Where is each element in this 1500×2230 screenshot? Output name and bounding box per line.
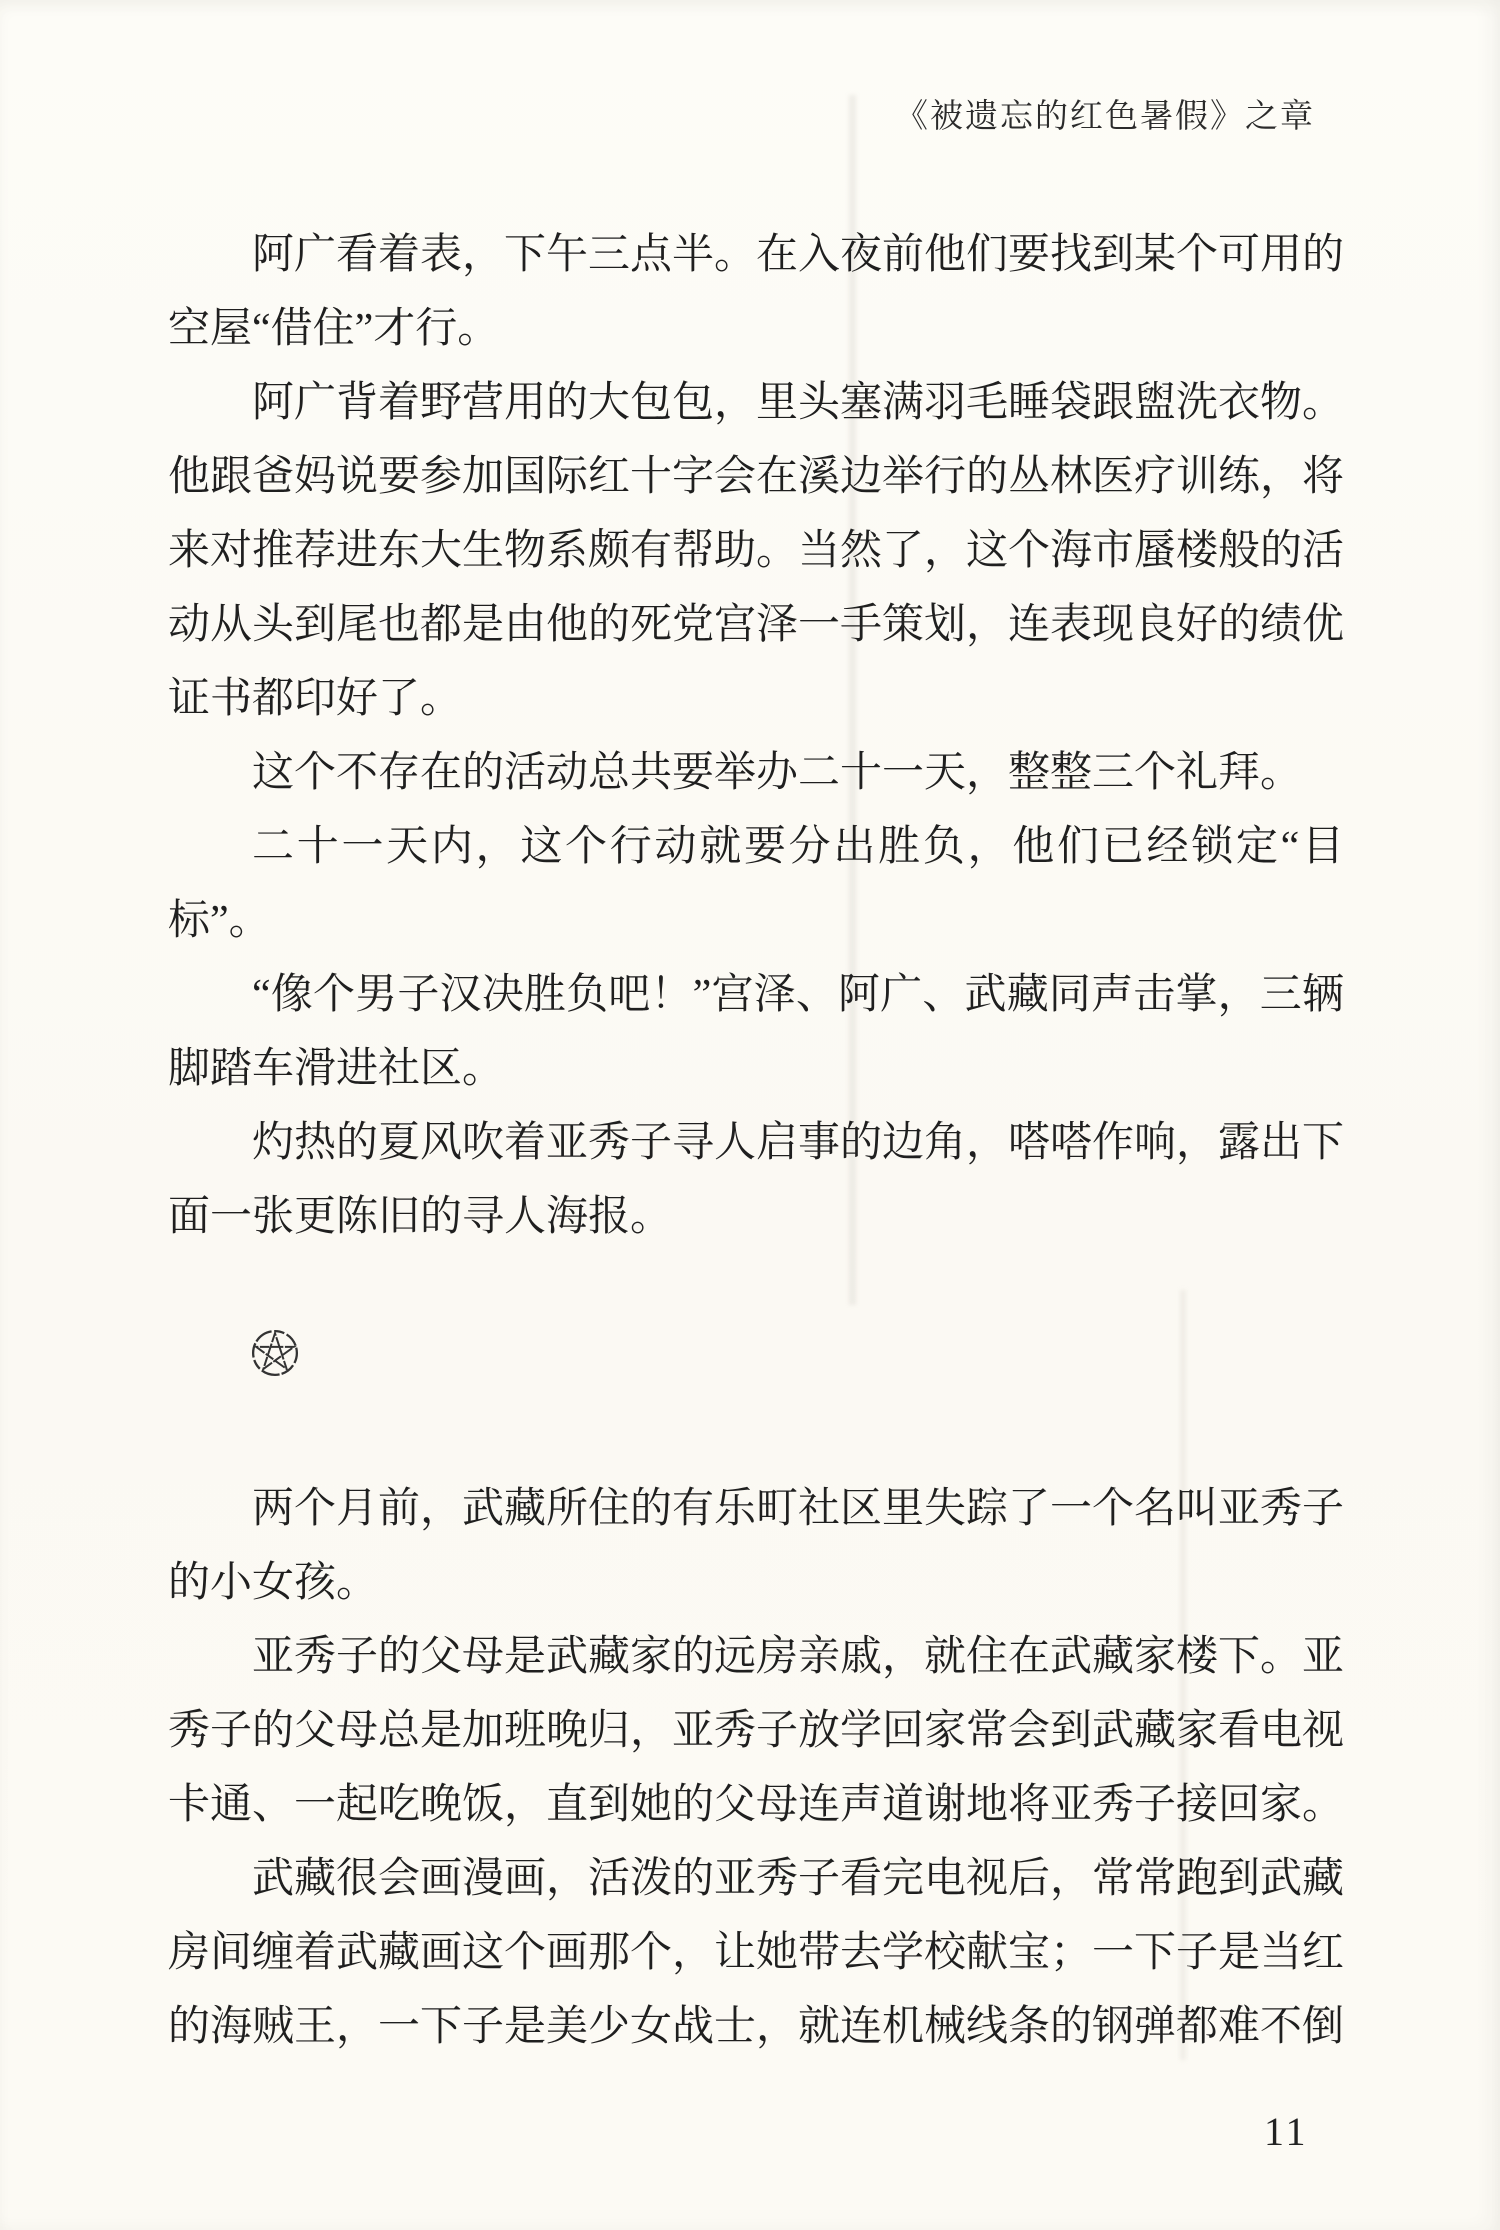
book-page: 《被遗忘的红色暑假》之章 阿广看着表，下午三点半。在入夜前他们要找到某个可用的空… xyxy=(0,0,1500,2230)
chapter-header: 《被遗忘的红色暑假》之章 xyxy=(895,90,1315,137)
section-divider xyxy=(250,1328,1344,1378)
paragraph-group-after-divider: 两个月前，武藏所住的有乐町社区里失踪了一个名叫亚秀子的小女孩。亚秀子的父母是武藏… xyxy=(168,1472,1344,2064)
pentagram-in-circle-icon xyxy=(250,1328,1344,1378)
body-text: 阿广看着表，下午三点半。在入夜前他们要找到某个可用的空屋“借住”才行。阿广背着野… xyxy=(168,218,1344,2064)
paragraph: 这个不存在的活动总共要举办二十一天，整整三个礼拜。 xyxy=(168,736,1344,810)
paragraph-group-before-divider: 阿广看着表，下午三点半。在入夜前他们要找到某个可用的空屋“借住”才行。阿广背着野… xyxy=(168,218,1344,1254)
paragraph: 阿广背着野营用的大包包，里头塞满羽毛睡袋跟盥洗衣物。他跟爸妈说要参加国际红十字会… xyxy=(168,366,1344,736)
paragraph: 两个月前，武藏所住的有乐町社区里失踪了一个名叫亚秀子的小女孩。 xyxy=(168,1472,1344,1620)
paragraph: 二十一天内，这个行动就要分出胜负，他们已经锁定“目标”。 xyxy=(168,810,1344,958)
paragraph: 武藏很会画漫画，活泼的亚秀子看完电视后，常常跑到武藏房间缠着武藏画这个画那个，让… xyxy=(168,1842,1344,2064)
paragraph: 阿广看着表，下午三点半。在入夜前他们要找到某个可用的空屋“借住”才行。 xyxy=(168,218,1344,366)
paragraph: “像个男子汉决胜负吧！”宫泽、阿广、武藏同声击掌，三辆脚踏车滑进社区。 xyxy=(168,958,1344,1106)
page-number: 11 xyxy=(1264,2108,1309,2155)
paragraph: 灼热的夏风吹着亚秀子寻人启事的边角，嗒嗒作响，露出下面一张更陈旧的寻人海报。 xyxy=(168,1106,1344,1254)
paragraph: 亚秀子的父母是武藏家的远房亲戚，就住在武藏家楼下。亚秀子的父母总是加班晚归，亚秀… xyxy=(168,1620,1344,1842)
